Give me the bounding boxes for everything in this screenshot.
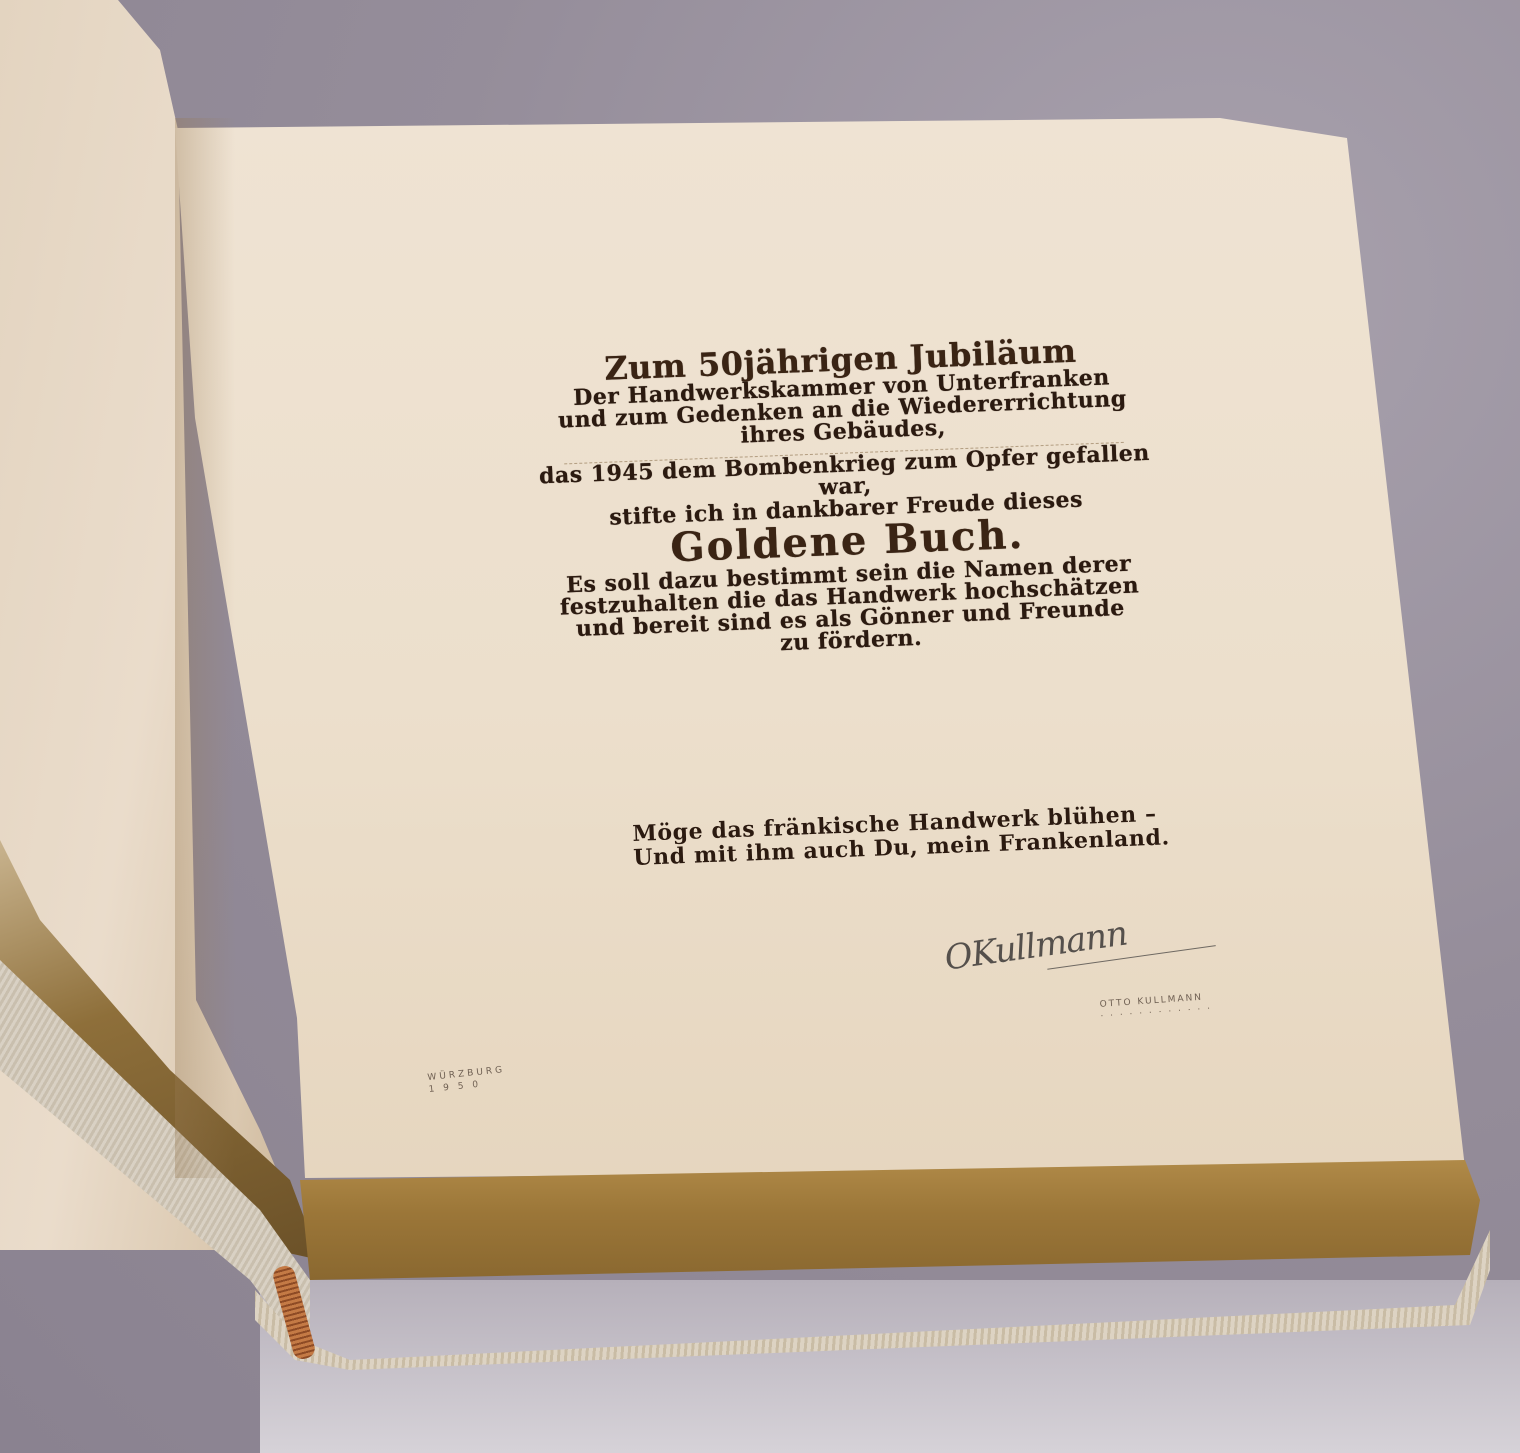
table-surface [260,1280,1520,1453]
gutter-shadow [175,118,235,1178]
photo-scene: Zum 50jährigen Jubiläum Der Handwerkskam… [0,0,1520,1453]
dedication-inscription: Zum 50jährigen Jubiläum Der Handwerkskam… [520,330,1171,663]
